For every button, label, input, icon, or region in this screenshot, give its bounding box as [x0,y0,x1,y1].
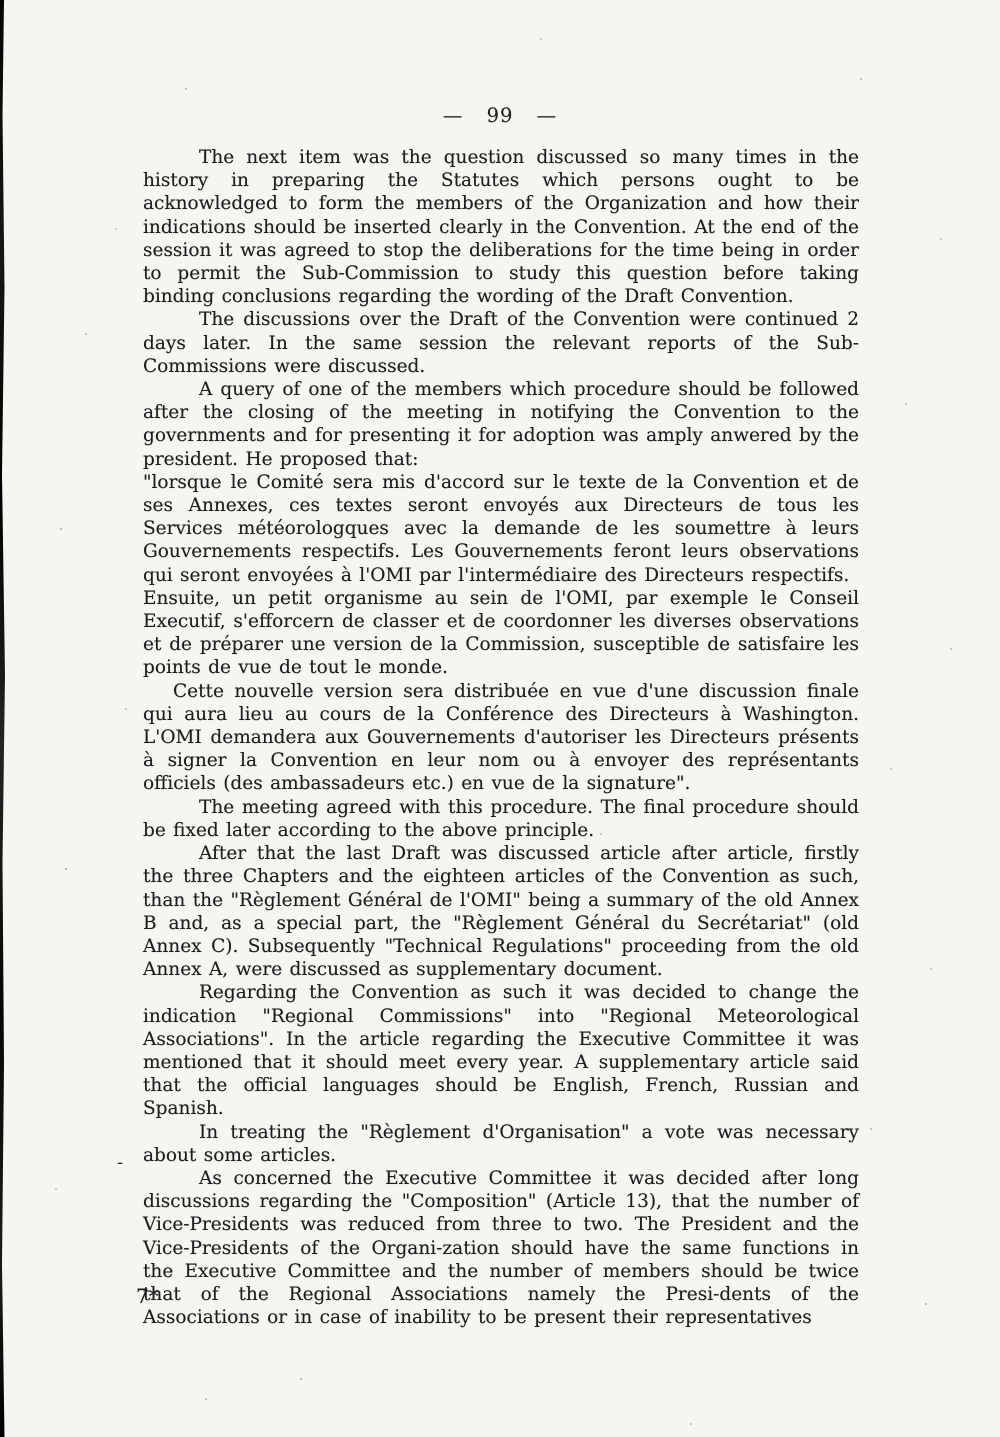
body-paragraph: The meeting agreed with this procedure. … [143,796,859,842]
scan-noise-specks [300,1378,302,1380]
body-paragraph: A query of one of the members which proc… [143,378,859,471]
french-quote-paragraph: Cette nouvelle version sera distribuée e… [143,680,859,796]
body-paragraph: After that the last Draft was discussed … [143,842,859,981]
page-header: — 99 — [0,104,1000,127]
french-quote-paragraph: Ensuite, un petit organisme au sein de l… [143,587,859,680]
document-body: The next item was the question discussed… [143,146,859,1329]
body-paragraph: Regarding the Convention as such it was … [143,981,859,1120]
body-paragraph: As concerned the Executive Committee it … [143,1167,859,1329]
margin-dash-mark: - [117,1152,123,1173]
body-paragraph: The next item was the question discussed… [143,146,859,308]
french-quote-paragraph: "lorsque le Comité sera mis d'accord sur… [143,471,859,587]
page-number: — 99 — [443,104,557,127]
body-paragraph: The discussions over the Draft of the Co… [143,308,859,378]
left-scan-edge [0,0,6,1437]
body-paragraph: In treating the "Règlement d'Organisatio… [143,1121,859,1167]
footer-signature-mark: 7* [136,1284,159,1308]
